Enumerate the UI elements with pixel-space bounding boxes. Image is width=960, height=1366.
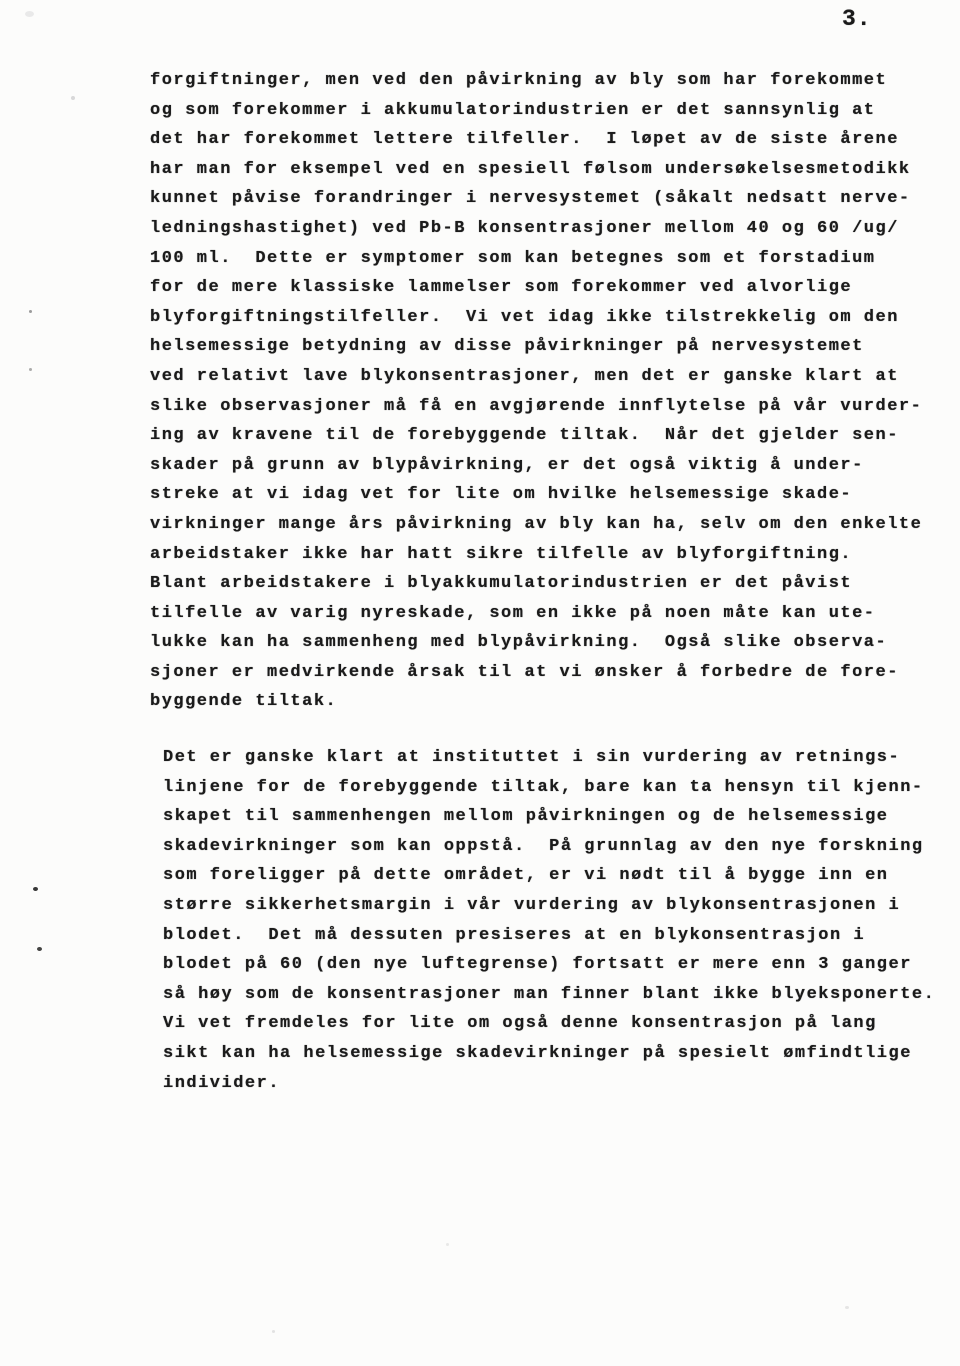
scan-speck xyxy=(25,11,34,17)
scan-speck xyxy=(446,1243,449,1246)
scan-speck xyxy=(29,310,32,313)
scan-speck xyxy=(272,1330,275,1333)
scan-speck xyxy=(71,96,75,100)
body-paragraph-1: forgiftninger, men ved den påvirkning av… xyxy=(150,66,956,717)
scan-speck xyxy=(845,1306,849,1309)
document-page: 3. forgiftninger, men ved den påvirkning… xyxy=(0,0,960,1366)
document-text-block: forgiftninger, men ved den påvirkning av… xyxy=(150,66,956,1098)
page-number: 3. xyxy=(842,6,872,32)
body-paragraph-2: Det er ganske klart at instituttet i sin… xyxy=(163,743,956,1098)
scan-speck xyxy=(29,368,32,371)
scan-speck xyxy=(33,887,38,891)
scan-speck xyxy=(37,947,42,951)
